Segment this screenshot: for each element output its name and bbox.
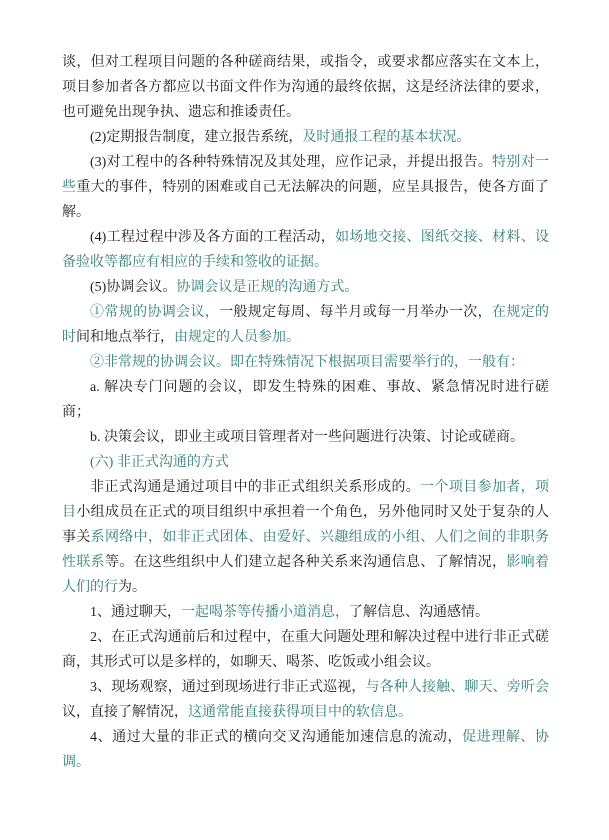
text-segment: (5)协调会议。 <box>90 280 176 295</box>
text-segment: 为。 <box>118 580 146 595</box>
text-segment: 间和地点举行， <box>76 330 174 345</box>
paragraph: 1、通过聊天，一起喝茶等传播小道消息，了解信息、沟通感情。 <box>62 600 549 625</box>
text-segment: 一般规定每周、每半月或每一月举办一次， <box>219 305 492 320</box>
document-page: 谈，但对工程项目问题的各种磋商结果，或指令，或要求都应落实在文本上，项目参加者各… <box>0 0 609 840</box>
paragraph: 4、通过大量的非正式的横向交叉沟通能加速信息的流动，促进理解、协调。 <box>62 725 549 775</box>
text-segment: 谈，但对工程项目问题的各种磋商结果，或指令，或要求都应落实在文本上，项目参加者各… <box>62 55 549 120</box>
text-segment: 非正式沟通是通过项目中的非正式组织关系形成的。 <box>90 480 420 495</box>
text-segment: 与各种人接触、聊天、旁听会 <box>366 680 550 695</box>
paragraph: ②非常规的协调会议。即在特殊情况下根据项目需要举行的，一般有： <box>62 350 549 375</box>
paragraph: (六) 非正式沟通的方式 <box>62 450 549 475</box>
text-segment: 等。在这些组织中人们建立起各种关系来沟通信息、了解情况， <box>105 555 506 570</box>
text-segment: 4、通过大量的非正式的横向交叉沟通能加速信息的流动， <box>90 730 462 745</box>
paragraph: 3、现场观察，通过到现场进行非正式巡视，与各种人接触、聊天、旁听会议，直接了解情… <box>62 675 549 725</box>
text-segment: 1、通过聊天， <box>90 605 181 620</box>
paragraph: (2)定期报告制度，建立报告系统，及时通报工程的基本状况。 <box>62 125 549 150</box>
text-segment: 一起喝茶等传播小道消息， <box>181 605 349 620</box>
text-segment: 议，直接了解情况， <box>62 705 188 720</box>
text-segment: ①常规的协调会议， <box>90 305 219 320</box>
paragraph: b. 决策会议，即业主或项目管理者对一些问题进行决策、讨论或磋商。 <box>62 425 549 450</box>
text-segment: 这通常能直接获得项目中的软信息。 <box>188 705 412 720</box>
paragraph: ①常规的协调会议，一般规定每周、每半月或每一月举办一次，在规定的时间和地点举行，… <box>62 300 549 350</box>
paragraph: 非正式沟通是通过项目中的非正式组织关系形成的。一个项目参加者，项目小组成员在正式… <box>62 475 549 600</box>
text-segment: 3、现场观察，通过到现场进行非正式巡视， <box>90 680 366 695</box>
text-segment: 重大的事件，特别的困难或自己无法解决的问题，应呈具报告，使各方面了解。 <box>62 180 549 220</box>
text-segment: b. 决策会议，即业主或项目管理者对一些问题进行决策、讨论或磋商。 <box>90 430 524 445</box>
paragraph: (4)工程过程中涉及各方面的工程活动，如场地交接、图纸交接、材料、设备验收等都应… <box>62 225 549 275</box>
text-segment: (六) 非正式沟通的方式 <box>90 455 229 470</box>
document-body: 谈，但对工程项目问题的各种磋商结果，或指令，或要求都应落实在文本上，项目参加者各… <box>62 50 549 775</box>
paragraph: (5)协调会议。协调会议是正规的沟通方式。 <box>62 275 549 300</box>
paragraph: 谈，但对工程项目问题的各种磋商结果，或指令，或要求都应落实在文本上，项目参加者各… <box>62 50 549 125</box>
paragraph: 2、在正式沟通前后和过程中，在重大问题处理和解决过程中进行非正式磋商，其形式可以… <box>62 625 549 675</box>
text-segment: 2、在正式沟通前后和过程中，在重大问题处理和解决过程中进行非正式磋商，其形式可以… <box>62 630 549 670</box>
paragraph: (3)对工程中的各种特殊情况及其处理，应作记录，并提出报告。特别对一些重大的事件… <box>62 150 549 225</box>
text-segment: (3)对工程中的各种特殊情况及其处理，应作记录，并提出报告。 <box>90 155 492 170</box>
text-segment: 了解信息、沟通感情。 <box>349 605 489 620</box>
text-segment: 由规定的人员参加。 <box>174 330 300 345</box>
text-segment: 协调会议是正规的沟通方式。 <box>176 280 358 295</box>
paragraph: a. 解决专门问题的会议，即发生特殊的困难、事故、紧急情况时进行磋商； <box>62 375 549 425</box>
text-segment: (4)工程过程中涉及各方面的工程活动， <box>90 230 335 245</box>
text-segment: 及时通报工程的基本状况。 <box>302 130 470 145</box>
text-segment: a. 解决专门问题的会议，即发生特殊的困难、事故、紧急情况时进行磋商； <box>62 380 549 420</box>
text-segment: ②非常规的协调会议。即在特殊情况下根据项目需要举行的，一般有： <box>90 355 524 370</box>
text-segment: (2)定期报告制度，建立报告系统， <box>90 130 302 145</box>
